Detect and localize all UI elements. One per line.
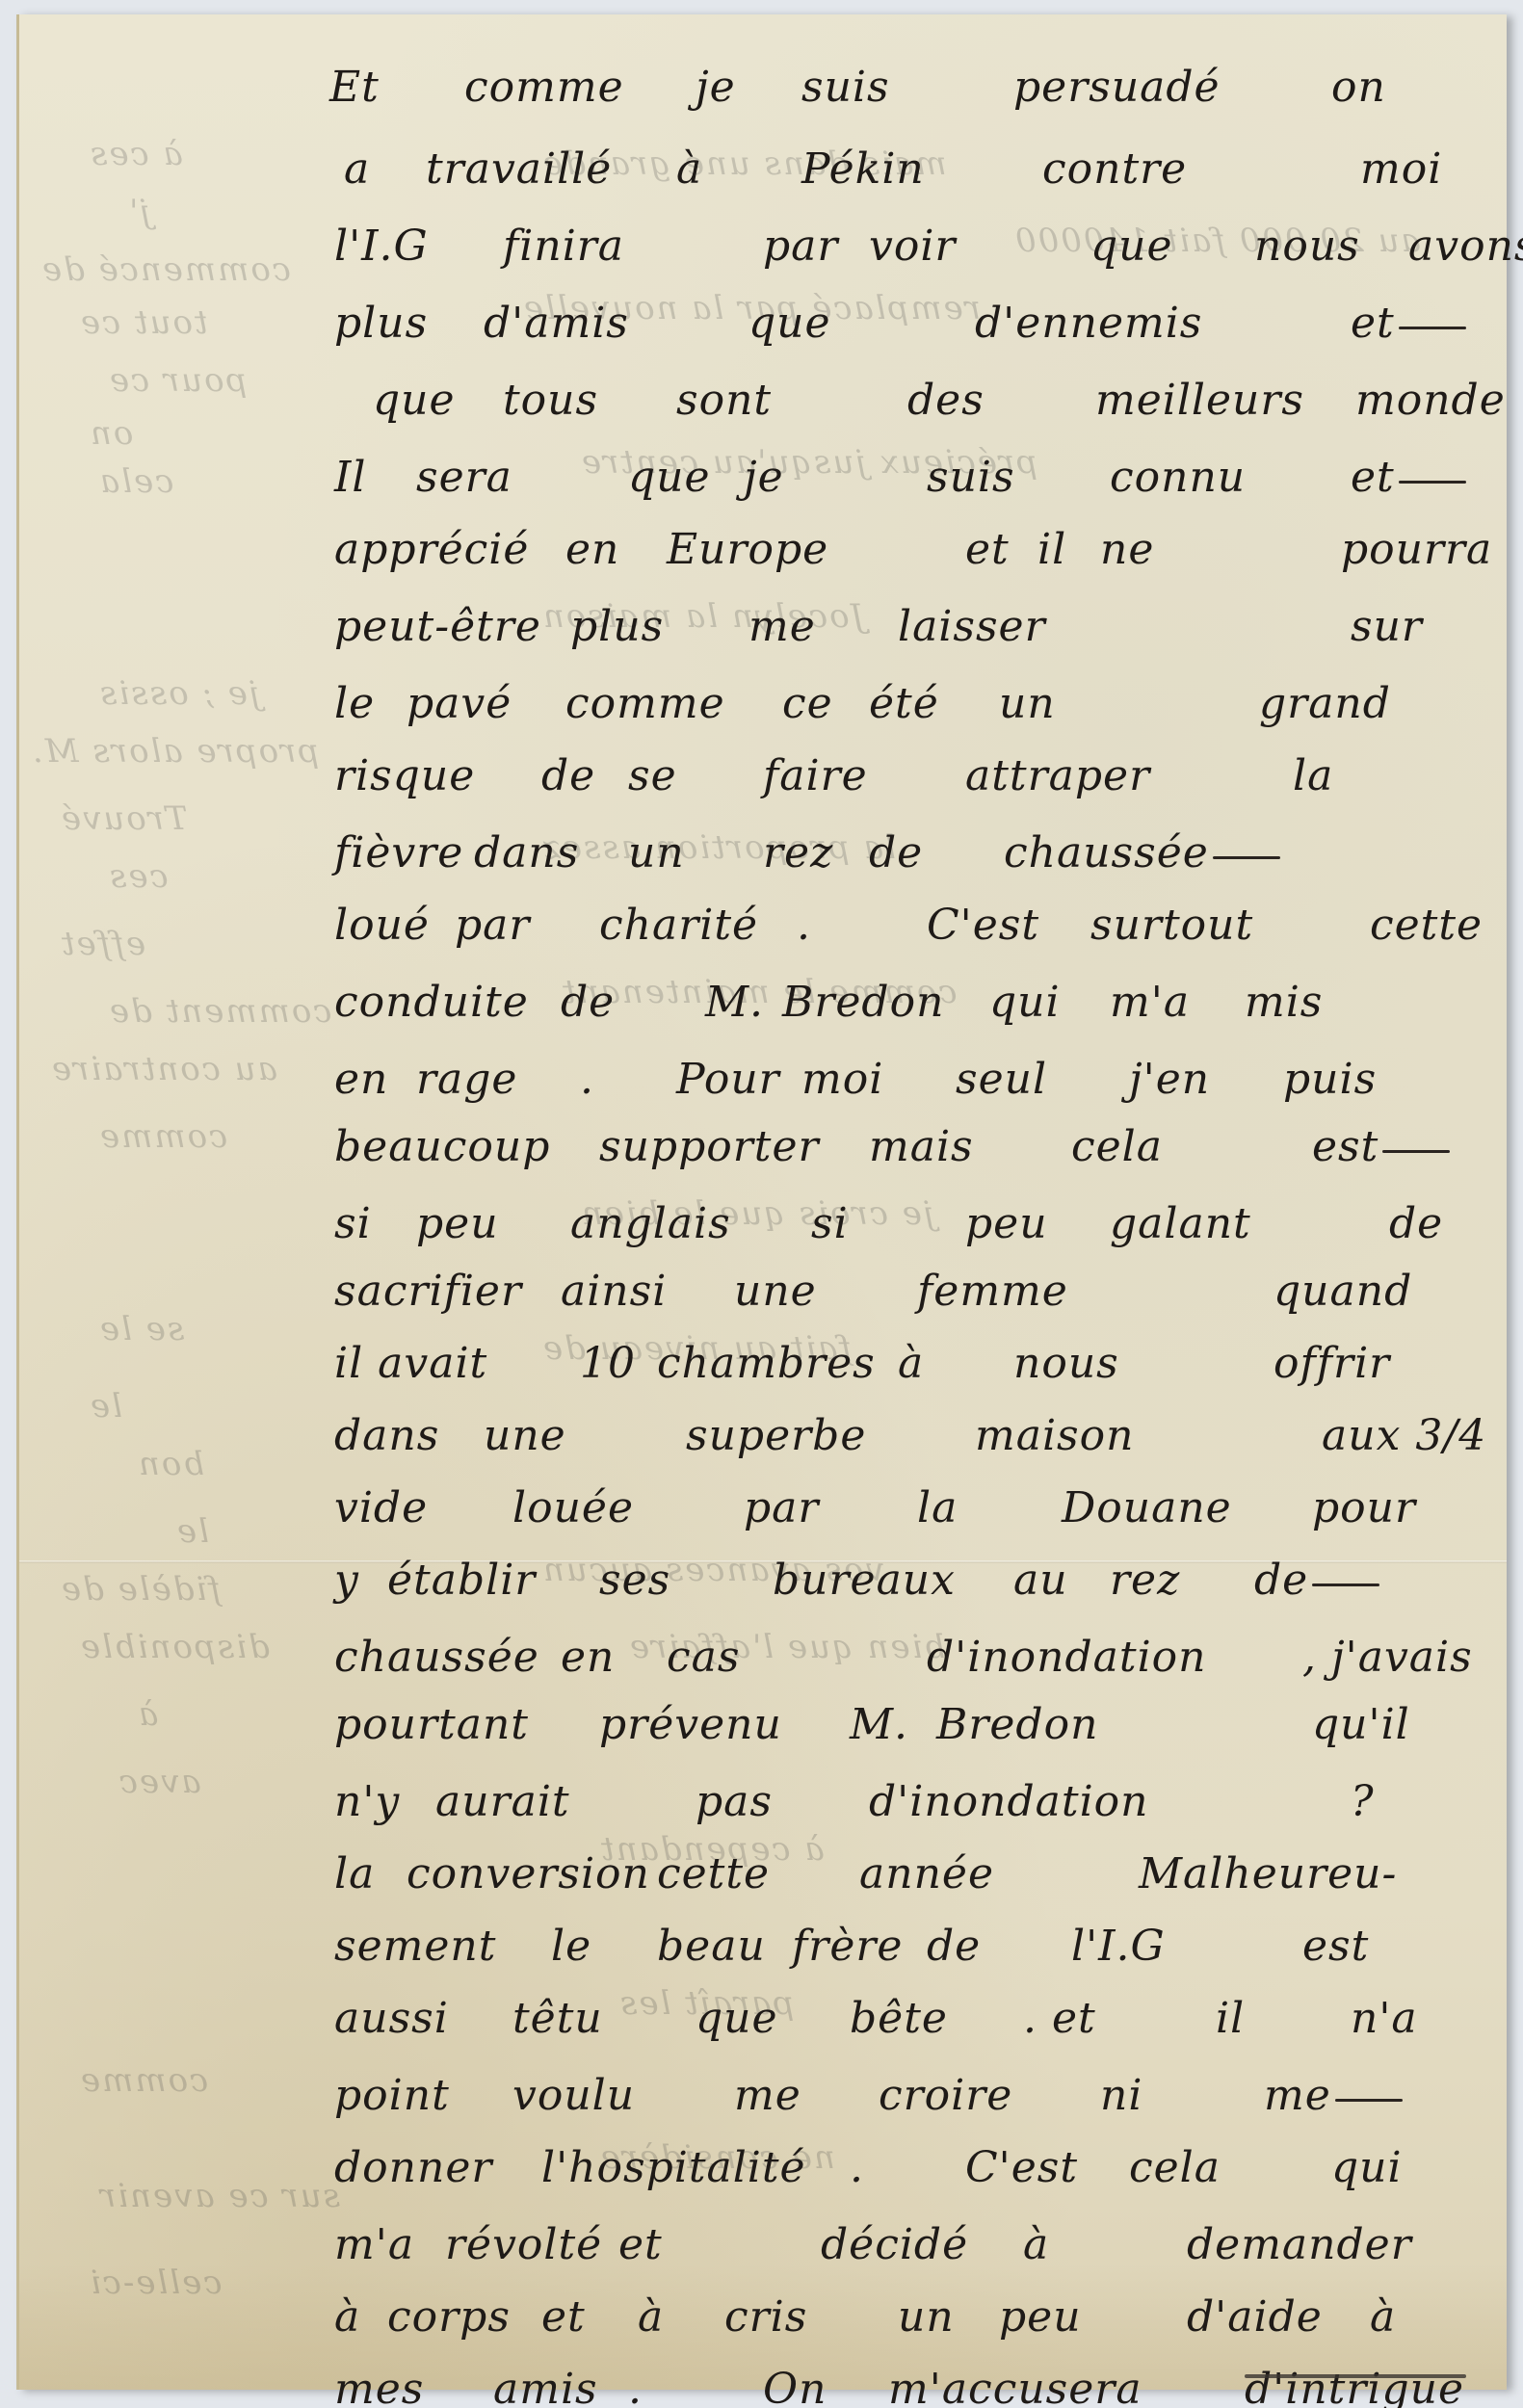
handwritten-word: l'I.G — [334, 225, 429, 268]
handwritten-word: croire — [879, 2075, 1012, 2117]
letter-line: l'I.Gfiniraparvoirquenousavons — [19, 191, 1507, 268]
handwritten-word: pour — [1312, 1487, 1416, 1530]
handwritten-word: d'inondation — [869, 1781, 1148, 1823]
letter-line: conduitedeM.Bredonquim'amis — [19, 947, 1507, 1024]
letter-paper: à cesj'commencé detout cepour ceoncelaje… — [17, 14, 1507, 2390]
handwritten-word: supporter — [599, 1126, 820, 1168]
handwritten-word: vide — [334, 1487, 428, 1530]
handwritten-word: a — [344, 148, 370, 191]
handwritten-word: été — [869, 683, 939, 725]
handwritten-word: que — [628, 457, 711, 499]
handwritten-word: de — [561, 982, 615, 1024]
handwritten-word: conduite — [334, 982, 529, 1024]
letter-line: fièvredansunrezdechaussée — [19, 798, 1507, 875]
handwritten-word: de — [927, 1925, 981, 1968]
handwritten-word: aurait — [435, 1781, 570, 1823]
handwritten-word: pas — [696, 1781, 773, 1823]
handwritten-word: têtu — [512, 1998, 603, 2040]
handwritten-word: amis — [493, 2369, 598, 2408]
handwritten-word: révolté — [445, 2224, 602, 2266]
handwritten-word: et — [965, 529, 1010, 571]
handwritten-word: l'hospitalité — [541, 2147, 806, 2189]
handwritten-word: cette — [657, 1853, 770, 1896]
handwritten-word: pavé — [407, 683, 512, 725]
handwritten-word: suis — [801, 66, 890, 109]
handwritten-word: n'y — [334, 1781, 400, 1823]
handwritten-word: contre — [1042, 148, 1187, 191]
letter-line: mesamis.Onm'accuserad'intrigue — [19, 2334, 1507, 2408]
handwritten-word: ni — [1100, 2075, 1142, 2117]
handwritten-word: et — [1351, 457, 1466, 499]
letter-line: videlouéeparlaDouanepour — [19, 1453, 1507, 1530]
handwritten-word: C'est — [965, 2147, 1078, 2189]
letter-line: lepavécommeceétéungrand — [19, 648, 1507, 725]
handwritten-word: il — [1037, 529, 1066, 571]
handwritten-word: sera — [416, 457, 512, 499]
handwritten-word: mes — [334, 2369, 424, 2408]
handwritten-word: d'ennemis — [975, 302, 1202, 345]
letter-line: laconversioncetteannéeMalheureu- — [19, 1819, 1507, 1896]
handwritten-word: Il — [334, 457, 366, 499]
handwritten-word: . — [850, 2147, 864, 2189]
handwritten-word: l'I.G — [1071, 1925, 1166, 1968]
handwritten-word: connu — [1110, 457, 1246, 499]
handwritten-word: que — [1090, 225, 1173, 268]
handwritten-word: femme — [917, 1270, 1068, 1313]
handwritten-word: donner — [334, 2147, 492, 2189]
handwritten-word: pourtant — [334, 1704, 529, 1746]
handwritten-word: me — [748, 606, 816, 648]
handwritten-word: fièvre — [334, 832, 463, 875]
handwritten-word: M. — [850, 1704, 908, 1746]
handwritten-word: chaussée — [1004, 832, 1280, 875]
handwritten-word: grand — [1259, 683, 1391, 725]
handwritten-word: peut-être — [334, 606, 541, 648]
handwritten-word: de — [869, 832, 923, 875]
handwritten-word: il avait — [334, 1343, 487, 1385]
handwritten-word: établir — [387, 1559, 536, 1602]
handwritten-word: laisser — [898, 606, 1046, 648]
letter-line: pointvoulumecroirenime — [19, 2040, 1507, 2117]
handwritten-word: m'a — [1110, 982, 1190, 1024]
handwritten-word: superbe — [686, 1415, 866, 1457]
handwritten-word: Bredon — [782, 982, 944, 1024]
handwritten-word: par — [763, 225, 838, 268]
handwritten-word: Douane — [1062, 1487, 1232, 1530]
handwritten-word: . et — [1023, 1998, 1096, 2040]
handwritten-word: quand — [1274, 1270, 1412, 1313]
handwritten-word: maison — [975, 1415, 1134, 1457]
handwritten-word: charité — [599, 904, 758, 947]
handwritten-word: je — [744, 457, 784, 499]
handwritten-word: suis — [927, 457, 1015, 499]
handwritten-word: aux 3/4 — [1322, 1415, 1486, 1457]
handwritten-word: est — [1312, 1126, 1450, 1168]
handwritten-word: cette — [1370, 904, 1483, 947]
handwritten-word: un — [898, 2296, 955, 2339]
handwritten-word: plus — [570, 606, 664, 648]
handwritten-word: corps — [387, 2296, 511, 2339]
handwritten-word: au — [1013, 1559, 1068, 1602]
handwritten-word: est — [1302, 1925, 1369, 1968]
handwritten-word: la — [334, 1853, 375, 1896]
handwritten-word: monde — [1355, 380, 1506, 422]
handwritten-word: et — [618, 2224, 663, 2266]
handwritten-word: cela — [1071, 1126, 1163, 1168]
handwritten-word: meilleurs — [1095, 380, 1304, 422]
handwritten-word: on — [1331, 66, 1386, 109]
signature-underline — [1245, 2374, 1466, 2378]
handwritten-word: C'est — [927, 904, 1039, 947]
handwritten-word: . — [628, 2369, 643, 2408]
handwritten-word: voulu — [512, 2075, 635, 2117]
handwritten-word: faire — [763, 755, 868, 798]
handwritten-word: y — [334, 1559, 359, 1602]
handwritten-word: me — [734, 2075, 801, 2117]
handwritten-word: . — [797, 904, 811, 947]
letter-line: enrage.Pourmoiseulj'enpuis — [19, 1024, 1507, 1101]
handwritten-word: que — [748, 302, 831, 345]
handwritten-word: voir — [869, 225, 956, 268]
handwritten-word: m'accusera — [888, 2369, 1142, 2408]
handwritten-word: risque — [334, 755, 475, 798]
handwritten-word: qui — [989, 982, 1061, 1024]
handwritten-word: ? — [1351, 1781, 1375, 1823]
letter-line: atravailléàPékincontremoi — [19, 114, 1507, 191]
letter-line: il avait10chambresànousoffrir — [19, 1308, 1507, 1385]
handwritten-word: cris — [724, 2296, 807, 2339]
letter-line: àcorpsetàcrisunpeud'aideà — [19, 2262, 1507, 2339]
handwritten-word: une — [484, 1415, 566, 1457]
letter-line: sipeuanglaissipeugalantde — [19, 1168, 1507, 1245]
handwritten-word: il — [1216, 1998, 1245, 2040]
letter-line: sementlebeaufrèredel'I.Gest — [19, 1891, 1507, 1968]
letter-line: m'arévoltéetdécidéàdemander — [19, 2189, 1507, 2266]
letter-line: peut-êtreplusmelaissersur — [19, 571, 1507, 648]
handwritten-word: prévenu — [599, 1704, 782, 1746]
handwritten-word: de — [1254, 1559, 1379, 1602]
handwritten-word: de — [541, 755, 595, 798]
handwritten-word: rez — [1110, 1559, 1180, 1602]
handwritten-word: aussi — [334, 1998, 449, 2040]
letter-line: yétablirsesbureauxaurezde — [19, 1525, 1507, 1602]
handwritten-word: nous — [1013, 1343, 1119, 1385]
letter-line: appréciéenEuropeetilnepourra — [19, 494, 1507, 571]
letter-line: Ilseraquejesuisconnuet — [19, 422, 1507, 499]
letter-line: quetoussontdesmeilleursmonde — [19, 345, 1507, 422]
handwritten-word: beaucoup — [334, 1126, 550, 1168]
handwritten-word: conversion — [407, 1853, 650, 1896]
handwritten-word: rez — [763, 832, 833, 875]
handwritten-word: dans — [474, 832, 579, 875]
handwritten-word: m'a — [334, 2224, 414, 2266]
handwritten-word: des — [907, 380, 985, 422]
handwritten-word: offrir — [1274, 1343, 1390, 1385]
handwritten-word: ses — [599, 1559, 670, 1602]
handwritten-word: persuadé — [1013, 66, 1221, 109]
handwritten-word: à — [334, 2296, 360, 2339]
handwritten-word: me — [1264, 2075, 1403, 2117]
handwritten-word: bête — [850, 1998, 948, 2040]
handwritten-word: On — [763, 2369, 827, 2408]
handwritten-word: que — [696, 1998, 778, 2040]
handwritten-word: beau — [657, 1925, 766, 1968]
handwritten-word: peu — [999, 2296, 1082, 2339]
letter-line: pourtantprévenuM.Bredonqu'il — [19, 1669, 1507, 1746]
handwritten-word: comme — [464, 66, 624, 109]
handwritten-word: comme — [565, 683, 725, 725]
letter-line: chausséeencasd'inondation, j'avais — [19, 1602, 1507, 1679]
letter-line: louéparcharité.C'estsurtoutcette — [19, 870, 1507, 947]
letter-line: aussitêtuquebête. etiln'a — [19, 1963, 1507, 2040]
handwritten-word: Malheureu- — [1139, 1853, 1397, 1896]
handwritten-word: 10 — [580, 1343, 636, 1385]
handwritten-word: la — [1293, 755, 1333, 798]
handwritten-word: je — [696, 66, 736, 109]
handwritten-word: chambres — [657, 1343, 876, 1385]
handwritten-word: ainsi — [561, 1270, 667, 1313]
handwritten-word: frère — [792, 1925, 903, 1968]
handwritten-word: avons — [1408, 225, 1523, 268]
handwritten-word: à — [676, 148, 702, 191]
handwritten-word: louée — [512, 1487, 634, 1530]
handwritten-word: moi — [1360, 148, 1442, 191]
handwritten-word: à — [1370, 2296, 1396, 2339]
handwritten-word: sur — [1351, 606, 1423, 648]
handwritten-word: décidé — [821, 2224, 968, 2266]
handwritten-word: cela — [1129, 2147, 1221, 2189]
handwritten-word: à — [898, 1343, 924, 1385]
letter-line: plusd'amisqued'ennemiset — [19, 268, 1507, 345]
handwritten-word: demander — [1187, 2224, 1412, 2266]
handwritten-word: d'aide — [1187, 2296, 1323, 2339]
handwritten-word: dans — [334, 1415, 439, 1457]
handwritten-word: un — [999, 683, 1056, 725]
letter-line: sacrifierainsiunefemmequand — [19, 1236, 1507, 1313]
handwritten-word: Europe — [667, 529, 828, 571]
handwritten-word: Pékin — [801, 148, 925, 191]
letter-line: donnerl'hospitalité.C'estcelaqui — [19, 2112, 1507, 2189]
handwritten-word: d'amis — [484, 302, 629, 345]
handwritten-word: que — [373, 380, 456, 422]
handwritten-word: Bredon — [936, 1704, 1098, 1746]
handwritten-word: ne — [1100, 529, 1154, 571]
handwritten-word: sont — [676, 380, 772, 422]
letter-line: n'yauraitpasd'inondation? — [19, 1746, 1507, 1823]
handwritten-word: se — [628, 755, 677, 798]
handwritten-word: sacrifier — [334, 1270, 522, 1313]
handwritten-word: qui — [1331, 2147, 1403, 2189]
letter-line: Etcommejesuispersuadéon — [19, 32, 1507, 109]
handwritten-word: année — [859, 1853, 994, 1896]
handwritten-word: par — [455, 904, 530, 947]
handwritten-word: la — [917, 1487, 958, 1530]
letter-body: EtcommejesuispersuadéonatravailléàPékinc… — [19, 14, 1507, 2390]
handwritten-word: sement — [334, 1925, 496, 1968]
handwritten-word: pourra — [1341, 529, 1492, 571]
handwritten-word: le — [551, 1925, 591, 1968]
handwritten-word: à — [638, 2296, 664, 2339]
handwritten-word: plus — [334, 302, 428, 345]
handwritten-word: surtout — [1090, 904, 1253, 947]
letter-line: beaucoupsupportermaiscelaest — [19, 1091, 1507, 1168]
handwritten-word: mis — [1245, 982, 1323, 1024]
handwritten-word: par — [744, 1487, 819, 1530]
letter-line: risquedesefaireattraperla — [19, 720, 1507, 798]
handwritten-word: travaillé — [426, 148, 612, 191]
handwritten-word: ce — [782, 683, 833, 725]
handwritten-word: qu'il — [1312, 1704, 1410, 1746]
letter-line: dansunesuperbemaisonaux 3/4 — [19, 1380, 1507, 1457]
handwritten-word: nous — [1254, 225, 1360, 268]
handwritten-word: loué — [334, 904, 430, 947]
handwritten-word: point — [334, 2075, 450, 2117]
handwritten-word: attraper — [965, 755, 1150, 798]
handwritten-word: à — [1023, 2224, 1049, 2266]
handwritten-word: un — [628, 832, 685, 875]
handwritten-word: et — [541, 2296, 586, 2339]
handwritten-word: n'a — [1351, 1998, 1418, 2040]
handwritten-word: en — [565, 529, 619, 571]
handwritten-word: une — [734, 1270, 817, 1313]
handwritten-word: M. — [705, 982, 764, 1024]
handwritten-word: tous — [503, 380, 598, 422]
handwritten-word: apprécié — [334, 529, 529, 571]
handwritten-word: et — [1351, 302, 1466, 345]
handwritten-word: Et — [329, 66, 380, 109]
handwritten-word: finira — [503, 225, 624, 268]
handwritten-word: le — [334, 683, 375, 725]
handwritten-word: bureaux — [773, 1559, 956, 1602]
handwritten-word: mais — [869, 1126, 974, 1168]
